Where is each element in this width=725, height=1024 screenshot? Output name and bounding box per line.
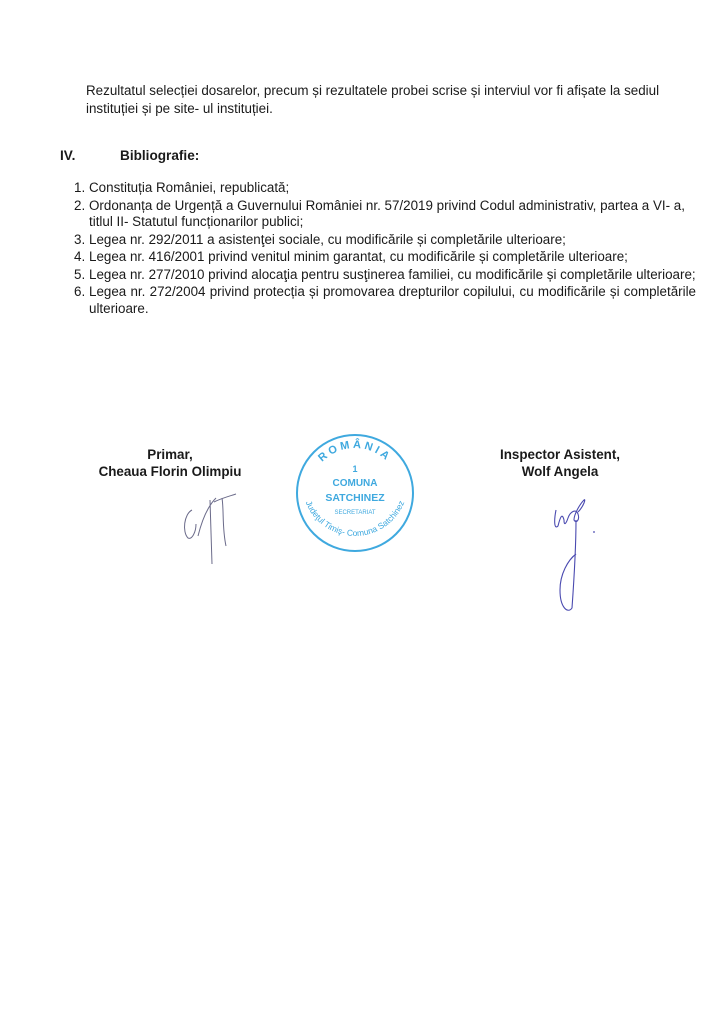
section-title: Bibliografie: [120, 148, 199, 163]
bibliography-item: 3.Legea nr. 292/2011 a asistenţei social… [74, 232, 696, 249]
results-paragraph: Rezultatul selecției dosarelor, precum ș… [86, 82, 686, 118]
mayor-name: Cheaua Florin Olimpiu [70, 463, 270, 480]
bibliography-list: 1.Constituția României, republicată; 2.O… [74, 180, 696, 318]
bibliography-item: 2.Ordonanța de Urgență a Guvernului Româ… [74, 198, 696, 231]
svg-text:Judeţul Timiş- Comuna Satchine: Judeţul Timiş- Comuna Satchinez [304, 499, 406, 538]
inspector-name: Wolf Angela [470, 463, 650, 480]
official-stamp: ROMÂNIA 1 COMUNA SATCHINEZ SECRETARIAT J… [290, 428, 420, 558]
bibliography-item: 1.Constituția României, republicată; [74, 180, 696, 197]
bibliography-item: 5.Legea nr. 277/2010 privind alocaţia pe… [74, 267, 696, 284]
svg-text:1: 1 [352, 464, 357, 474]
svg-text:COMUNA: COMUNA [333, 478, 378, 489]
inspector-role: Inspector Asistent, [470, 446, 650, 463]
document-page: Rezultatul selecției dosarelor, precum ș… [0, 0, 725, 1024]
bibliography-item: 4.Legea nr. 416/2001 privind venitul min… [74, 249, 696, 266]
inspector-handwritten-signature [548, 490, 628, 620]
section-number: IV. [60, 148, 120, 163]
svg-text:SATCHINEZ: SATCHINEZ [325, 492, 385, 504]
inspector-signature-block: Inspector Asistent, Wolf Angela [470, 446, 650, 480]
mayor-handwritten-signature [178, 480, 248, 565]
svg-text:SECRETARIAT: SECRETARIAT [334, 510, 375, 516]
section-heading: IV.Bibliografie: [60, 148, 199, 163]
bibliography-item: 6.Legea nr. 272/2004 privind protecția ș… [74, 284, 696, 317]
mayor-signature-block: Primar, Cheaua Florin Olimpiu [70, 446, 270, 480]
mayor-role: Primar, [70, 446, 270, 463]
